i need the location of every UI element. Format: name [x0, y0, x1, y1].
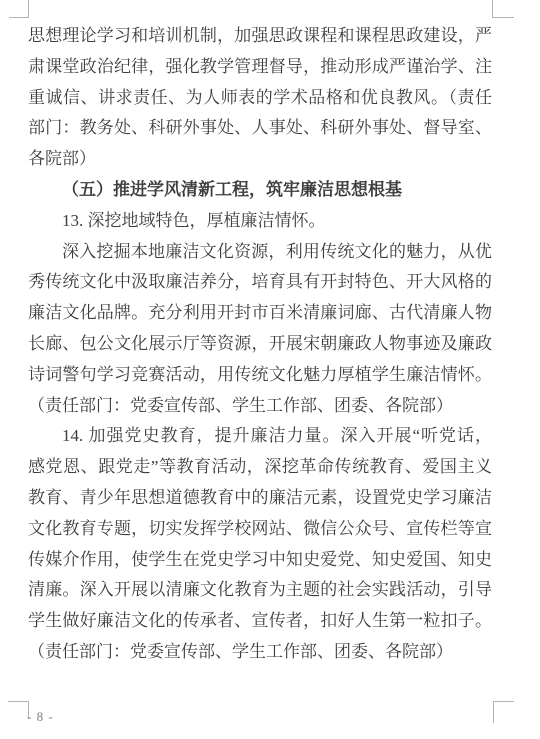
text-line: 思想理论学习和培训机制，加强思政课程和课程思政建设，严: [28, 21, 492, 52]
section-heading: （五）推进学风清新工程，筑牢廉洁思想根基: [28, 175, 492, 206]
text-line: 文化教育专题，切实发挥学校网站、微信公众号、宣传栏等宣: [28, 514, 492, 545]
text-line: 长廊、包公文化展示厅等资源，开展宋朝廉政人物事迹及廉政: [28, 329, 492, 360]
item-13-title: 13. 深挖地域特色，厚植廉洁情怀。: [28, 206, 492, 237]
margin-crop-mark-bottom-right: [493, 701, 514, 723]
text-line: 部门：教务处、科研外事处、人事处、科研外事处、督导室、: [28, 113, 492, 144]
margin-crop-mark-top-left: [9, 0, 29, 18]
text-line: 教育、青少年思想道德教育中的廉洁元素，设置党史学习廉洁: [28, 483, 492, 514]
page-number: - 8 -: [27, 709, 54, 725]
document-body: 思想理论学习和培训机制，加强思政课程和课程思政建设，严 肃课堂政治纪律，强化教学…: [28, 21, 492, 668]
text-line: 深入挖掘本地廉洁文化资源，利用传统文化的魅力，从优: [28, 237, 492, 268]
margin-crop-mark-top-right: [492, 0, 514, 18]
text-line: 各院部）: [28, 144, 492, 175]
responsibility-line: （责任部门：党委宣传部、学生工作部、团委、各院部）: [28, 391, 492, 422]
text-line: 学生做好廉洁文化的传承者、宣传者，扣好人生第一粒扣子。: [28, 606, 492, 637]
item-14-title: 14. 加强党史教育，提升廉洁力量。深入开展“听党话，: [28, 421, 492, 452]
text-line: 肃课堂政治纪律，强化教学管理督导，推动形成严谨治学、注: [28, 52, 492, 83]
margin-crop-mark-bottom-left: [8, 701, 29, 719]
text-line: 廉洁文化品牌。充分利用开封市百米清廉词廊、古代清廉人物: [28, 298, 492, 329]
text-line: 感党恩、跟党走”等教育活动，深挖革命传统教育、爱国主义: [28, 452, 492, 483]
text-line: 清廉。深入开展以清廉文化教育为主题的社会实践活动，引导: [28, 575, 492, 606]
document-page: 思想理论学习和培训机制，加强思政课程和课程思政建设，严 肃课堂政治纪律，强化教学…: [0, 0, 540, 739]
text-line: 秀传统文化中汲取廉洁养分，培育具有开封特色、开大风格的: [28, 267, 492, 298]
text-line: 诗词警句学习竞赛活动，用传统文化魅力厚植学生廉洁情怀。: [28, 360, 492, 391]
text-line: 重诚信、讲求责任、为人师表的学术品格和优良教风。（责任: [28, 83, 492, 114]
responsibility-line: （责任部门：党委宣传部、学生工作部、团委、各院部）: [28, 637, 492, 668]
text-line: 传媒介作用，使学生在党史学习中知史爱党、知史爱国、知史: [28, 545, 492, 576]
